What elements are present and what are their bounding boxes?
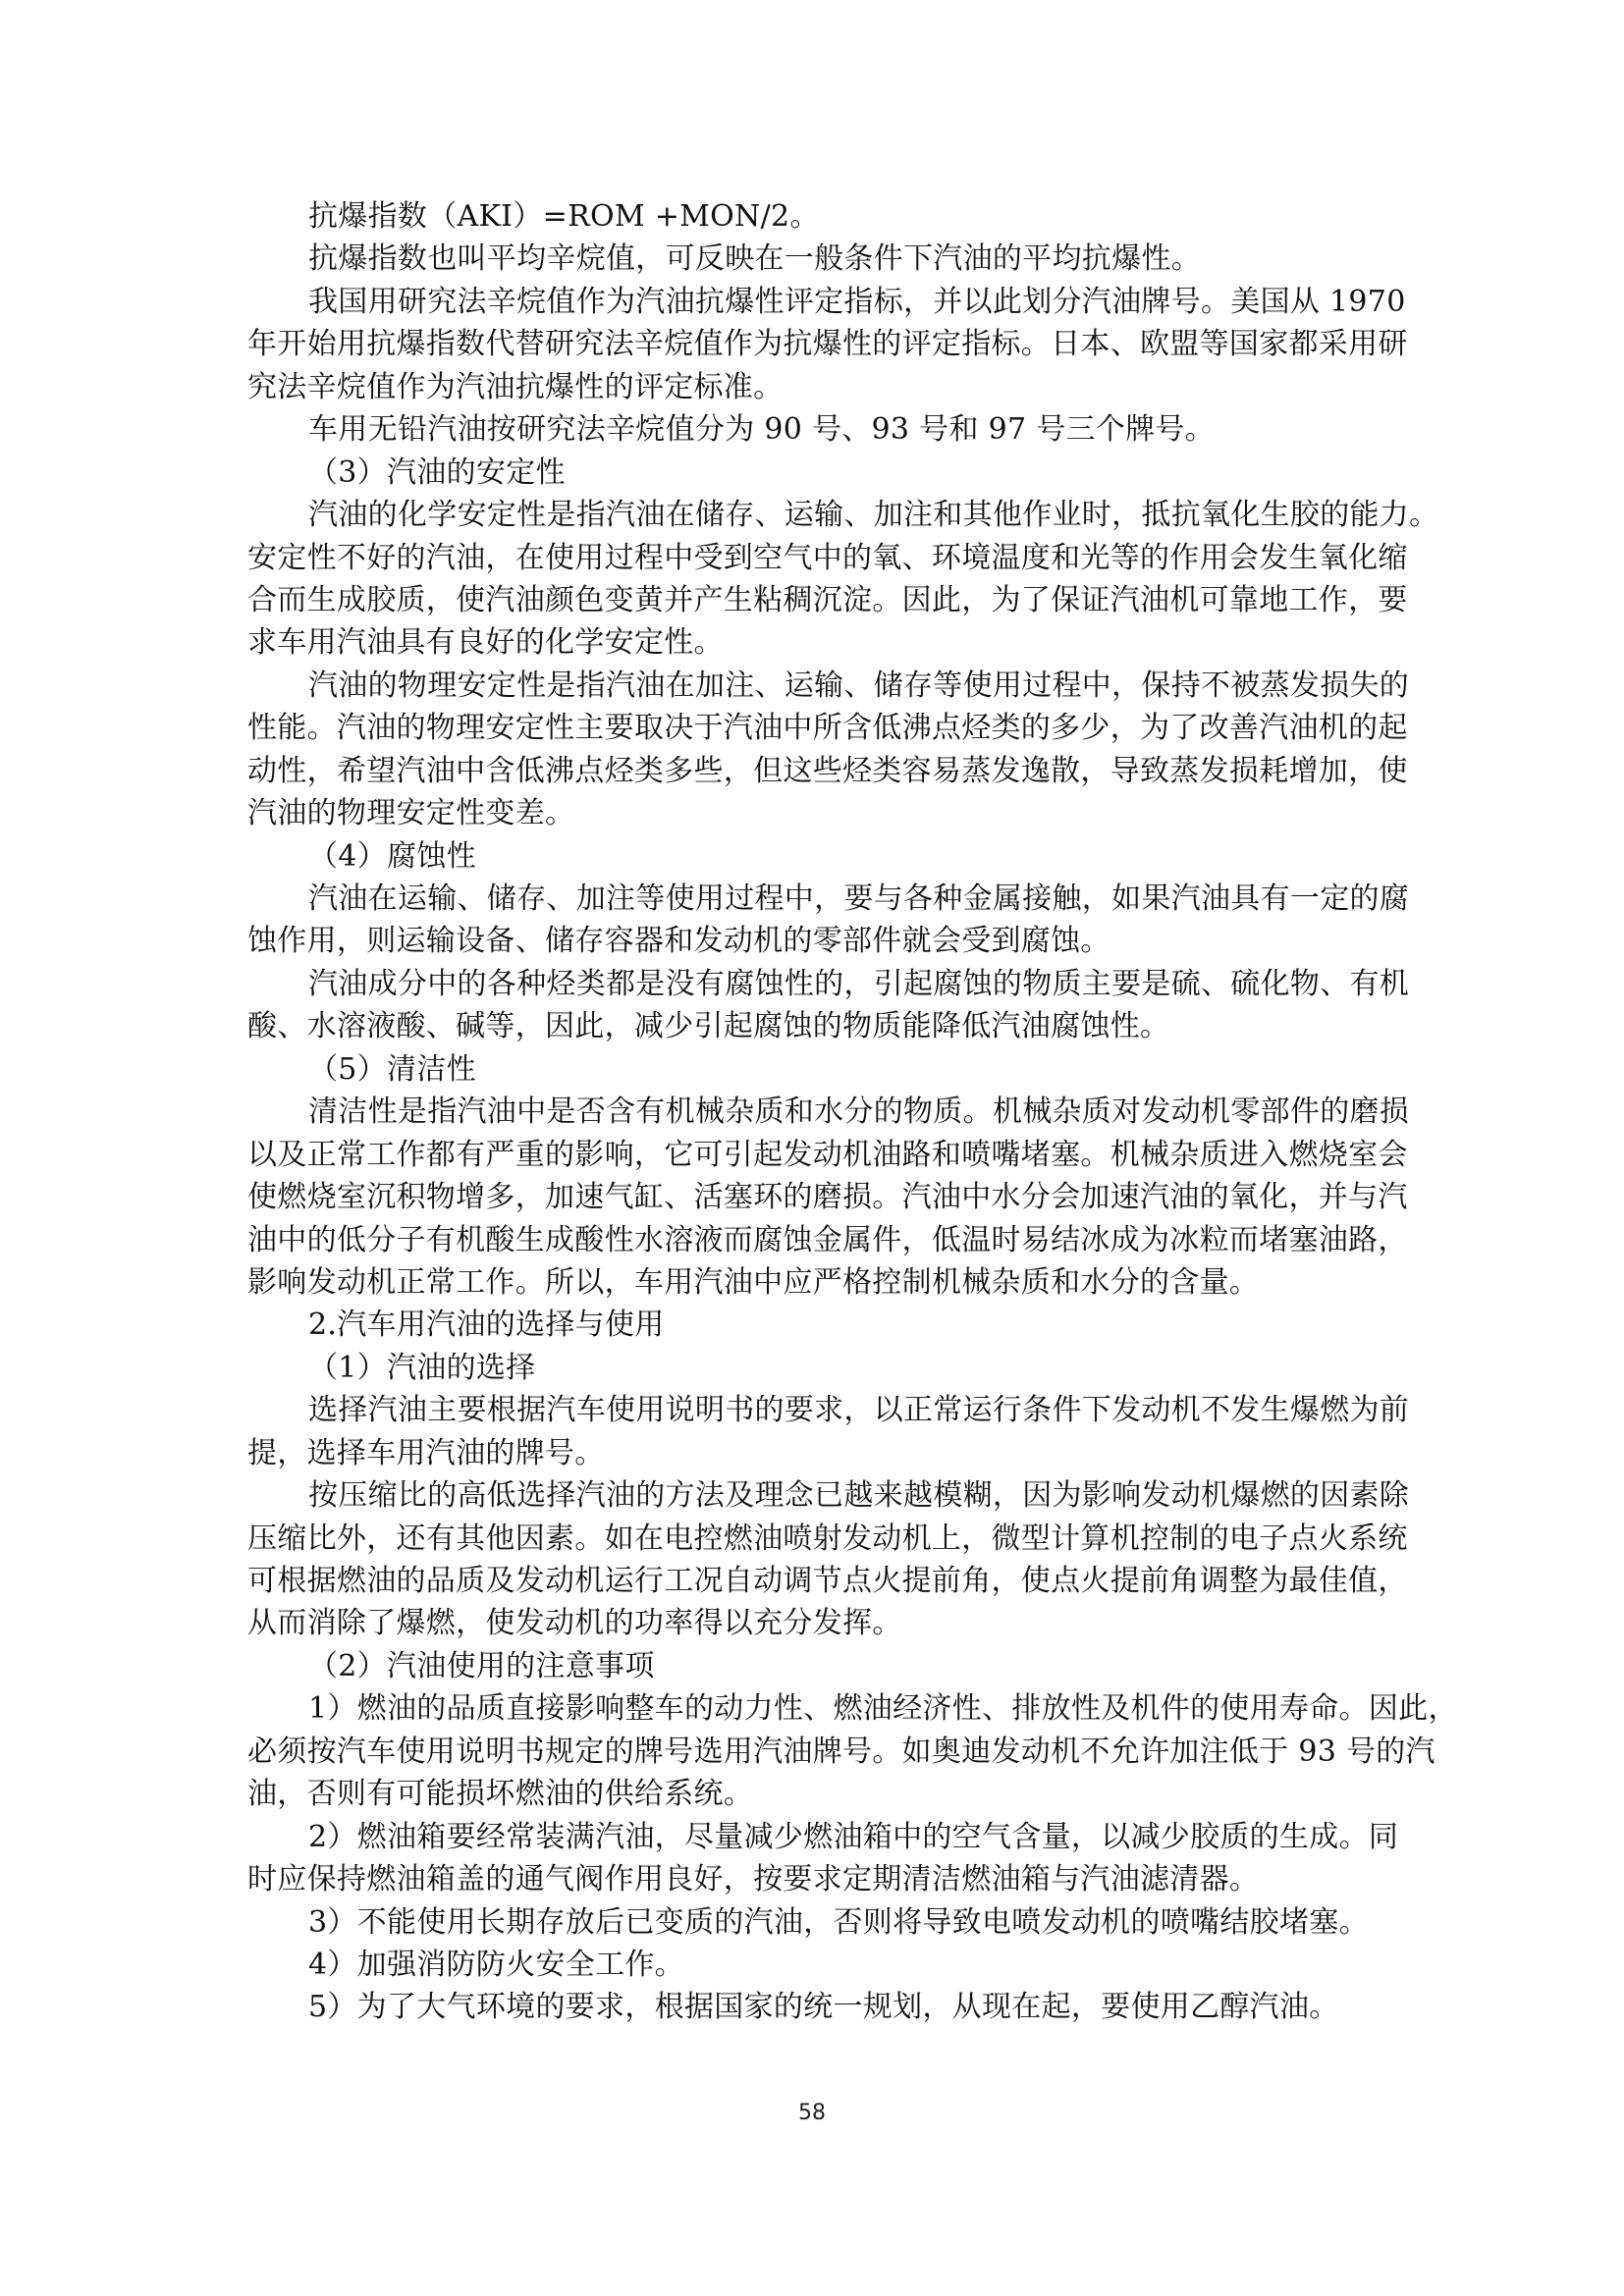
paragraph-line: 酸、水溶液酸、碱等，因此，减少引起腐蚀的物质能降低汽油腐蚀性。 (247, 1005, 1349, 1047)
formula-line: 抗爆指数（AKI）=ROM +MON/2。 (247, 195, 1349, 238)
paragraph-line: 按压缩比的高低选择汽油的方法及理念已越来越模糊，因为影响发动机爆燃的因素除 (247, 1474, 1349, 1517)
list-item: 3）不能使用长期存放后已变质的汽油，否则将导致电喷发动机的喷嘴结胶堵塞。 (247, 1901, 1349, 1944)
paragraph-line: 油中的低分子有机酸生成酸性水溶液而腐蚀金属件，低温时易结冰成为冰粒而堵塞油路， (247, 1219, 1349, 1261)
paragraph-line: 合而生成胶质，使汽油颜色变黄并产生粘稠沉淀。因此，为了保证汽油机可靠地工作，要 (247, 579, 1349, 621)
paragraph-line: 安定性不好的汽油，在使用过程中受到空气中的氧、环境温度和光等的作用会发生氧化缩 (247, 537, 1349, 579)
paragraph-line: 汽油的化学安定性是指汽油在储存、运输、加注和其他作业时，抵抗氧化生胶的能力。 (247, 494, 1349, 536)
paragraph-line: 我国用研究法辛烷值作为汽油抗爆性评定指标，并以此划分汽油牌号。美国从 1970 (247, 281, 1349, 323)
section-heading: （2）汽油使用的注意事项 (247, 1645, 1349, 1687)
list-item: 1）燃油的品质直接影响整车的动力性、燃油经济性、排放性及机件的使用寿命。因此， (247, 1687, 1349, 1730)
paragraph-line: 可根据燃油的品质及发动机运行工况自动调节点火提前角，使点火提前角调整为最佳值， (247, 1560, 1349, 1602)
paragraph-line: 年开始用抗爆指数代替研究法辛烷值作为抗爆性的评定指标。日本、欧盟等国家都采用研 (247, 323, 1349, 365)
section-heading: （4）腐蚀性 (247, 835, 1349, 878)
page-number: 58 (0, 2101, 1624, 2125)
section-heading: 2.汽车用汽油的选择与使用 (247, 1304, 1349, 1346)
paragraph-line: 使燃烧室沉积物增多，加速气缸、活塞环的磨损。汽油中水分会加速汽油的氧化，并与汽 (247, 1176, 1349, 1218)
section-heading: （5）清洁性 (247, 1048, 1349, 1091)
paragraph-line: 汽油在运输、储存、加注等使用过程中，要与各种金属接触，如果汽油具有一定的腐 (247, 878, 1349, 920)
paragraph-line: 汽油成分中的各种烃类都是没有腐蚀性的，引起腐蚀的物质主要是硫、硫化物、有机 (247, 963, 1349, 1005)
paragraph-line: 清洁性是指汽油中是否含有机械杂质和水分的物质。机械杂质对发动机零部件的磨损 (247, 1091, 1349, 1133)
paragraph-line: 压缩比外，还有其他因素。如在电控燃油喷射发动机上，微型计算机控制的电子点火系统 (247, 1518, 1349, 1560)
document-page: 抗爆指数（AKI）=ROM +MON/2。 抗爆指数也叫平均辛烷值，可反映在一般… (0, 0, 1624, 2296)
paragraph-line: 从而消除了爆燃，使发动机的功率得以充分发挥。 (247, 1602, 1349, 1644)
paragraph-line: 以及正常工作都有严重的影响，它可引起发动机油路和喷嘴堵塞。机械杂质进入燃烧室会 (247, 1134, 1349, 1176)
body-text: 抗爆指数（AKI）=ROM +MON/2。 抗爆指数也叫平均辛烷值，可反映在一般… (247, 195, 1349, 2029)
paragraph-line: 求车用汽油具有良好的化学安定性。 (247, 621, 1349, 664)
paragraph-line: 选择汽油主要根据汽车使用说明书的要求，以正常运行条件下发动机不发生爆燃为前 (247, 1389, 1349, 1431)
paragraph-line: 究法辛烷值作为汽油抗爆性的评定标准。 (247, 366, 1349, 408)
paragraph-line: 蚀作用，则运输设备、储存容器和发动机的零部件就会受到腐蚀。 (247, 920, 1349, 962)
paragraph-line: 动性，希望汽油中含低沸点烃类多些，但这些烃类容易蒸发逸散，导致蒸发损耗增加，使 (247, 750, 1349, 792)
paragraph-line: 性能。汽油的物理安定性主要取决于汽油中所含低沸点烃类的多少，为了改善汽油机的起 (247, 707, 1349, 749)
list-item: 4）加强消防防火安全工作。 (247, 1944, 1349, 1986)
paragraph-line: 时应保持燃油箱盖的通气阀作用良好，按要求定期清洁燃油箱与汽油滤清器。 (247, 1858, 1349, 1900)
list-item: 2）燃油箱要经常装满汽油，尽量减少燃油箱中的空气含量，以减少胶质的生成。同 (247, 1816, 1349, 1858)
paragraph-line: 油，否则有可能损坏燃油的供给系统。 (247, 1773, 1349, 1815)
paragraph-line: 抗爆指数也叫平均辛烷值，可反映在一般条件下汽油的平均抗爆性。 (247, 238, 1349, 280)
paragraph-line: 提，选择车用汽油的牌号。 (247, 1432, 1349, 1474)
paragraph-line: 汽油的物理安定性是指汽油在加注、运输、储存等使用过程中，保持不被蒸发损失的 (247, 665, 1349, 707)
paragraph-line: 影响发动机正常工作。所以，车用汽油中应严格控制机械杂质和水分的含量。 (247, 1261, 1349, 1304)
section-heading: （1）汽油的选择 (247, 1347, 1349, 1389)
paragraph-line: 汽油的物理安定性变差。 (247, 792, 1349, 834)
paragraph-line: 车用无铅汽油按研究法辛烷值分为 90 号、93 号和 97 号三个牌号。 (247, 408, 1349, 451)
section-heading: （3）汽油的安定性 (247, 452, 1349, 494)
paragraph-line: 必须按汽车使用说明书规定的牌号选用汽油牌号。如奥迪发动机不允许加注低于 93 号… (247, 1731, 1349, 1773)
list-item: 5）为了大气环境的要求，根据国家的统一规划，从现在起，要使用乙醇汽油。 (247, 1986, 1349, 2028)
